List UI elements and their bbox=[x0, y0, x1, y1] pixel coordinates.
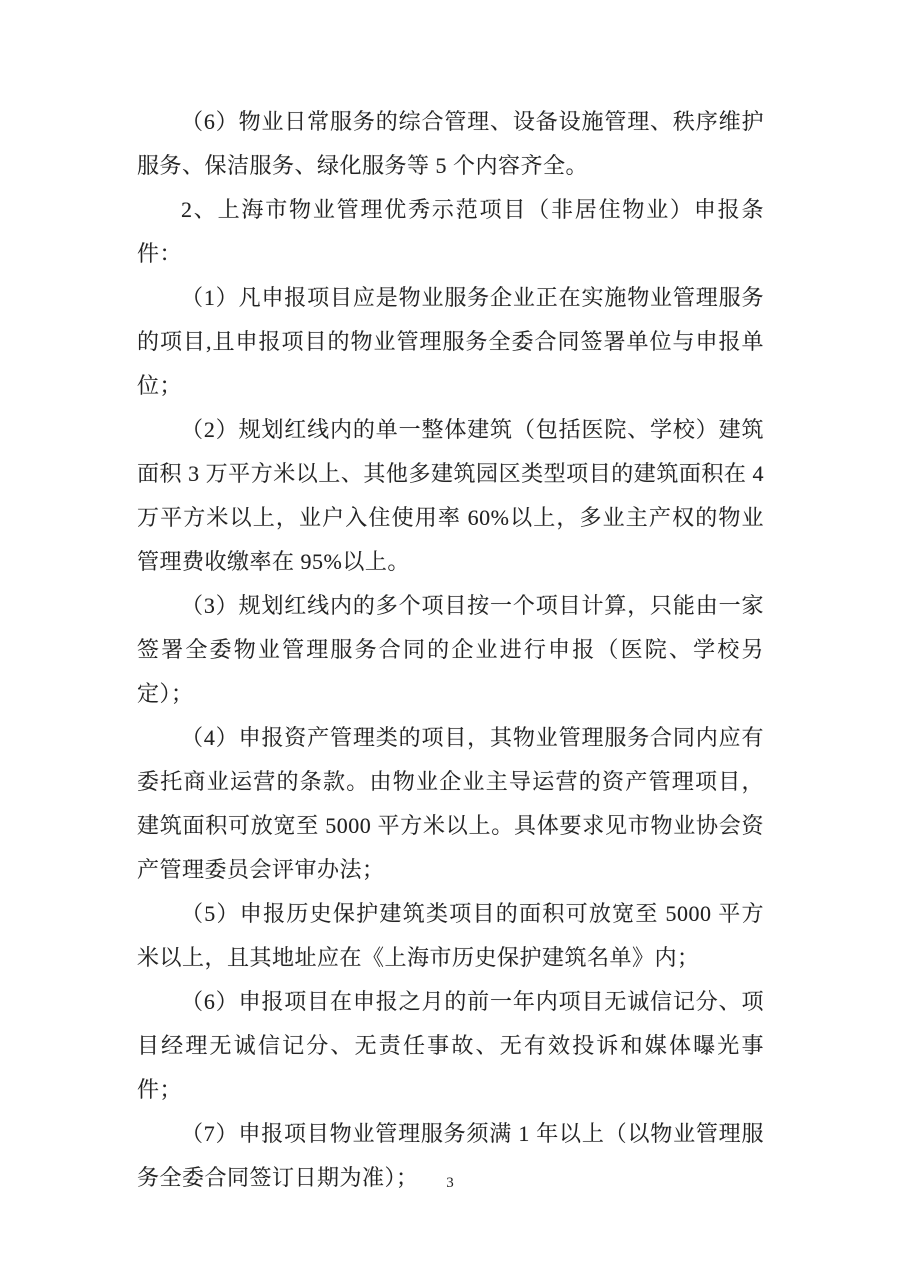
paragraph-condition-3: （3）规划红线内的多个项目按一个项目计算，只能由一家签署全委物业管理服务合同的企… bbox=[137, 584, 764, 716]
paragraph-condition-2: （2）规划红线内的单一整体建筑（包括医院、学校）建筑面积 3 万平方米以上、其他… bbox=[137, 408, 764, 584]
page-number: 3 bbox=[446, 1175, 454, 1191]
paragraph-condition-4: （4）申报资产管理类的项目，其物业管理服务合同内应有委托商业运营的条款。由物业企… bbox=[137, 716, 764, 892]
paragraph-condition-6: （6）申报项目在申报之月的前一年内项目无诚信记分、项目经理无诚信记分、无责任事故… bbox=[137, 980, 764, 1112]
paragraph-item6-services: （6）物业日常服务的综合管理、设备设施管理、秩序维护服务、保洁服务、绿化服务等 … bbox=[137, 100, 764, 188]
document-body: （6）物业日常服务的综合管理、设备设施管理、秩序维护服务、保洁服务、绿化服务等 … bbox=[137, 100, 764, 1200]
page-footer: 3 bbox=[0, 1174, 900, 1192]
paragraph-section2-heading: 2、上海市物业管理优秀示范项目（非居住物业）申报条件： bbox=[137, 188, 764, 276]
paragraph-condition-1: （1）凡申报项目应是物业服务企业正在实施物业管理服务的项目,且申报项目的物业管理… bbox=[137, 276, 764, 408]
paragraph-condition-5: （5）申报历史保护建筑类项目的面积可放宽至 5000 平方米以上，且其地址应在《… bbox=[137, 892, 764, 980]
document-page: （6）物业日常服务的综合管理、设备设施管理、秩序维护服务、保洁服务、绿化服务等 … bbox=[0, 0, 900, 1273]
